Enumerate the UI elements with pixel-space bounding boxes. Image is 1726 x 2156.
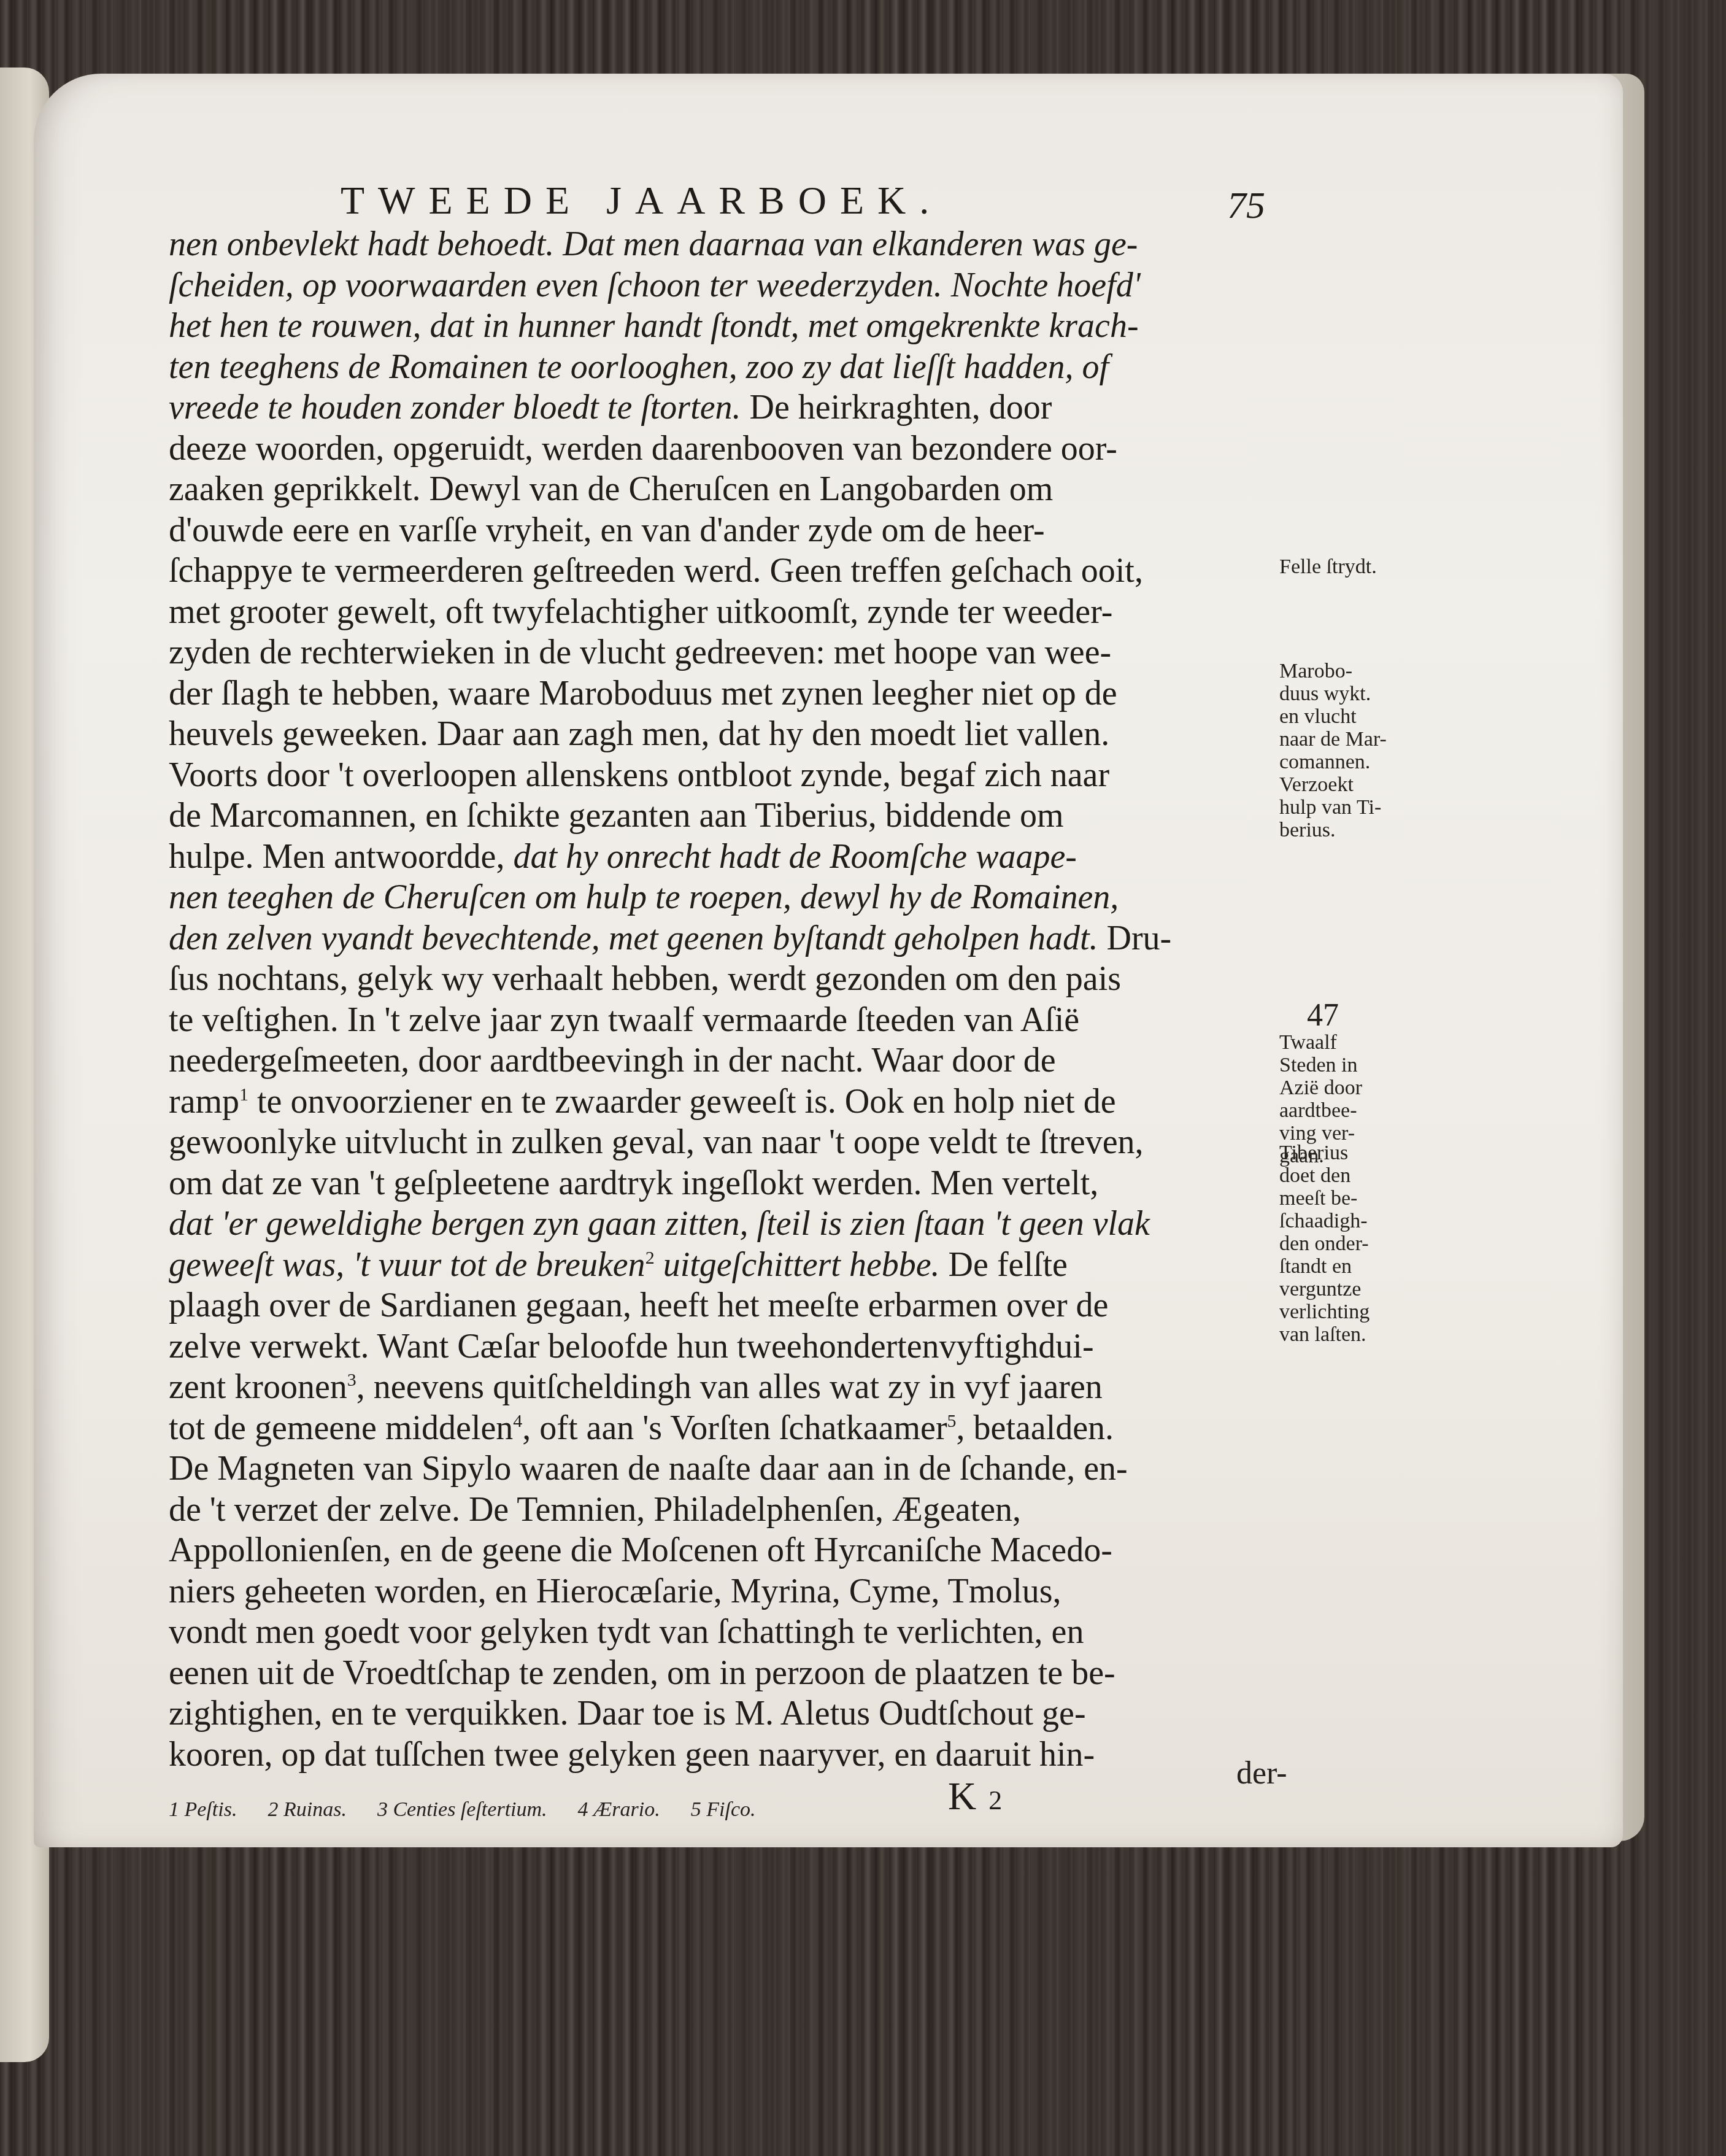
text-line: vreede te houden zonder bloedt te ſtorte… bbox=[169, 387, 1279, 428]
text-line: geweeſt was, 't vuur tot de breuken2 uit… bbox=[169, 1245, 1279, 1286]
text-line-content: kooren, op dat tuſſchen twee gelyken gee… bbox=[169, 1734, 1095, 1775]
text-line-content: De Magneten van Sipylo waaren de naaſte … bbox=[169, 1448, 1128, 1489]
text-run: ſchappye te vermeerderen geſtreeden werd… bbox=[169, 552, 1143, 590]
text-line: heuvels geweeken. Daar aan zagh men, dat… bbox=[169, 714, 1279, 755]
text-run: d'ouwde eere en varſſe vryheit, en van d… bbox=[169, 511, 1045, 549]
text-run: de 't verzet der zelve. De Temnien, Phil… bbox=[169, 1491, 1021, 1529]
margin-note: Felle ſtrydt. bbox=[1279, 555, 1427, 578]
text-line: niers geheeten worden, en Hierocæſarie, … bbox=[169, 1571, 1279, 1612]
text-run: nen teeghen de Cheruſcen om hulp te roep… bbox=[169, 878, 1119, 916]
margin-note-line: Marobo- bbox=[1279, 660, 1427, 682]
footnote: 3 Centies ſeſtertium. bbox=[377, 1798, 547, 1822]
text-line-content: met grooter gewelt, oft twyfelachtigher … bbox=[169, 592, 1112, 633]
text-line: deeze woorden, opgeruidt, werden daarenb… bbox=[169, 428, 1279, 469]
margin-note-line: Verzoekt bbox=[1279, 773, 1427, 796]
margin-note-line: meeſt be- bbox=[1279, 1187, 1427, 1210]
text-line: plaagh over de Sardianen gegaan, heeft h… bbox=[169, 1285, 1279, 1326]
text-run: om dat ze van 't geſpleetene aardtryk in… bbox=[169, 1164, 1098, 1202]
text-line: der ſlagh te hebben, waare Maroboduus me… bbox=[169, 673, 1279, 714]
text-line-content: zent kroonen3, neevens quitſcheldingh va… bbox=[169, 1367, 1103, 1408]
footnote: 1 Peſtis. bbox=[169, 1798, 237, 1822]
text-line-content: dat 'er geweldighe bergen zyn gaan zitte… bbox=[169, 1204, 1150, 1245]
text-line-content: der ſlagh te hebben, waare Maroboduus me… bbox=[169, 673, 1117, 714]
margin-note-line: verguntze bbox=[1279, 1278, 1427, 1300]
text-line-content: om dat ze van 't geſpleetene aardtryk in… bbox=[169, 1163, 1098, 1204]
running-head: TWEEDE JAARBOEK. bbox=[341, 178, 942, 223]
footnotes: 1 Peſtis.2 Ruinas.3 Centies ſeſtertium.4… bbox=[169, 1798, 755, 1822]
signature-letter: K bbox=[948, 1774, 976, 1818]
text-line-content: eenen uit de Vroedtſchap te zenden, om i… bbox=[169, 1653, 1115, 1694]
text-line: zyden de rechterwieken in de vlucht gedr… bbox=[169, 632, 1279, 673]
text-line: needergeſmeeten, door aardtbeevingh in d… bbox=[169, 1040, 1279, 1081]
text-run: ramp bbox=[169, 1083, 239, 1121]
footnote-ref: 3 bbox=[347, 1370, 356, 1390]
footnote-ref: 4 bbox=[513, 1411, 522, 1431]
text-line-content: gewoonlyke uitvlucht in zulken geval, va… bbox=[169, 1122, 1143, 1163]
margin-note-line: duus wykt. bbox=[1279, 682, 1427, 705]
text-run: De Magneten van Sipylo waaren de naaſte … bbox=[169, 1450, 1128, 1488]
text-line-content: plaagh over de Sardianen gegaan, heeft h… bbox=[169, 1285, 1108, 1326]
margin-note: Marobo-duus wykt.en vluchtnaar de Mar-co… bbox=[1279, 660, 1427, 841]
text-line-content: hulpe. Men antwoordde, dat hy onrecht ha… bbox=[169, 837, 1077, 878]
text-line-content: ramp1 te onvoorziener en te zwaarder gew… bbox=[169, 1081, 1116, 1122]
text-line: de 't verzet der zelve. De Temnien, Phil… bbox=[169, 1489, 1279, 1531]
text-line-content: ſus nochtans, gelyk wy verhaalt hebben, … bbox=[169, 959, 1121, 1000]
text-run: met grooter gewelt, oft twyfelachtigher … bbox=[169, 593, 1112, 631]
text-run: tot de gemeene middelen bbox=[169, 1409, 513, 1447]
footnote-ref: 5 bbox=[947, 1411, 957, 1431]
text-line-content: Appollonienſen, en de geene die Moſcenen… bbox=[169, 1530, 1112, 1571]
text-line: de Marcomannen, en ſchikte gezanten aan … bbox=[169, 795, 1279, 837]
text-line-content: de 't verzet der zelve. De Temnien, Phil… bbox=[169, 1489, 1021, 1531]
text-line-content: te veſtighen. In 't zelve jaar zyn twaal… bbox=[169, 1000, 1079, 1041]
text-run: vondt men goedt voor gelyken tydt van ſc… bbox=[169, 1613, 1084, 1651]
text-line: vondt men goedt voor gelyken tydt van ſc… bbox=[169, 1612, 1279, 1653]
footnote-ref: 1 bbox=[239, 1084, 248, 1105]
text-line-content: Voorts door 't overloopen allenskens ont… bbox=[169, 755, 1109, 796]
text-line: eenen uit de Vroedtſchap te zenden, om i… bbox=[169, 1653, 1279, 1694]
text-line: d'ouwde eere en varſſe vryheit, en van d… bbox=[169, 510, 1279, 551]
text-line: nen teeghen de Cheruſcen om hulp te roep… bbox=[169, 877, 1279, 918]
text-line-content: nen teeghen de Cheruſcen om hulp te roep… bbox=[169, 877, 1119, 918]
text-run: De heirkraghten, door bbox=[741, 388, 1052, 427]
margin-note-line: Azië door bbox=[1279, 1076, 1427, 1099]
text-line-content: zaaken geprikkelt. Dewyl van de Cheruſce… bbox=[169, 469, 1053, 510]
text-run: der ſlagh te hebben, waare Maroboduus me… bbox=[169, 674, 1117, 713]
margin-year: 47 bbox=[1307, 997, 1339, 1034]
text-run: zelve verwekt. Want Cæſar beloofde hun t… bbox=[169, 1327, 1094, 1366]
text-run: niers geheeten worden, en Hierocæſarie, … bbox=[169, 1572, 1061, 1610]
text-run: dat hy onrecht hadt de Roomſche waape- bbox=[513, 838, 1077, 876]
margin-note-line: hulp van Ti- bbox=[1279, 796, 1427, 819]
text-line: om dat ze van 't geſpleetene aardtryk in… bbox=[169, 1163, 1279, 1204]
text-line: het hen te rouwen, dat in hunner handt ſ… bbox=[169, 306, 1279, 347]
text-run: ſus nochtans, gelyk wy verhaalt hebben, … bbox=[169, 960, 1121, 998]
text-line-content: needergeſmeeten, door aardtbeevingh in d… bbox=[169, 1040, 1056, 1081]
text-line-content: d'ouwde eere en varſſe vryheit, en van d… bbox=[169, 510, 1045, 551]
text-line: dat 'er geweldighe bergen zyn gaan zitte… bbox=[169, 1204, 1279, 1245]
body-text: nen onbevlekt hadt behoedt. Dat men daar… bbox=[169, 224, 1279, 1775]
margin-note-line: en vlucht bbox=[1279, 705, 1427, 728]
margin-note-line: comannen. bbox=[1279, 751, 1427, 773]
text-run: te veſtighen. In 't zelve jaar zyn twaal… bbox=[169, 1001, 1079, 1039]
text-line-content: geweeſt was, 't vuur tot de breuken2 uit… bbox=[169, 1245, 1068, 1286]
text-run: deeze woorden, opgeruidt, werden daarenb… bbox=[169, 430, 1117, 468]
text-line: met grooter gewelt, oft twyfelachtigher … bbox=[169, 592, 1279, 633]
text-line: ramp1 te onvoorziener en te zwaarder gew… bbox=[169, 1081, 1279, 1122]
margin-note-line: berius. bbox=[1279, 819, 1427, 841]
text-run: , neevens quitſcheldingh van alles wat z… bbox=[356, 1368, 1103, 1406]
text-line: ſcheiden, op voorwaarden even ſchoon ter… bbox=[169, 265, 1279, 306]
text-run: De felſte bbox=[940, 1246, 1068, 1284]
text-line-content: nen onbevlekt hadt behoedt. Dat men daar… bbox=[169, 224, 1138, 265]
text-line: hulpe. Men antwoordde, dat hy onrecht ha… bbox=[169, 837, 1279, 878]
text-line: zent kroonen3, neevens quitſcheldingh va… bbox=[169, 1367, 1279, 1408]
text-line: tot de gemeene middelen4, oft aan 's Vor… bbox=[169, 1408, 1279, 1449]
margin-note-line: aardtbee- bbox=[1279, 1099, 1427, 1122]
text-run: heuvels geweeken. Daar aan zagh men, dat… bbox=[169, 715, 1109, 753]
text-line: te veſtighen. In 't zelve jaar zyn twaal… bbox=[169, 1000, 1279, 1041]
text-run: den zelven vyandt bevechtende, met geene… bbox=[169, 919, 1098, 957]
text-run: needergeſmeeten, door aardtbeevingh in d… bbox=[169, 1041, 1056, 1080]
text-line: Voorts door 't overloopen allenskens ont… bbox=[169, 755, 1279, 796]
page-number: 75 bbox=[1227, 184, 1265, 228]
text-run: ſcheiden, op voorwaarden even ſchoon ter… bbox=[169, 266, 1141, 304]
text-line: den zelven vyandt bevechtende, met geene… bbox=[169, 918, 1279, 959]
margin-note-line: naar de Mar- bbox=[1279, 728, 1427, 751]
text-run: zent kroonen bbox=[169, 1368, 347, 1406]
text-run: vreede te houden zonder bloedt te ſtorte… bbox=[169, 388, 741, 427]
text-line-content: ſchappye te vermeerderen geſtreeden werd… bbox=[169, 551, 1143, 592]
text-line: ſus nochtans, gelyk wy verhaalt hebben, … bbox=[169, 959, 1279, 1000]
text-run: Appollonienſen, en de geene die Moſcenen… bbox=[169, 1531, 1112, 1569]
text-line-content: ſcheiden, op voorwaarden even ſchoon ter… bbox=[169, 265, 1141, 306]
text-line: zightighen, en te verquikken. Daar toe i… bbox=[169, 1693, 1279, 1734]
text-line-content: ten teeghens de Romainen te oorlooghen, … bbox=[169, 347, 1109, 388]
text-run: geweeſt was, 't vuur tot de breuken bbox=[169, 1246, 645, 1284]
text-line-content: den zelven vyandt bevechtende, met geene… bbox=[169, 918, 1171, 959]
margin-note: Tiberiusdoet denmeeſt be-ſchaadigh-den o… bbox=[1279, 1142, 1427, 1346]
text-run: de Marcomannen, en ſchikte gezanten aan … bbox=[169, 797, 1064, 835]
margin-note-line: doet den bbox=[1279, 1164, 1427, 1187]
text-line: ſchappye te vermeerderen geſtreeden werd… bbox=[169, 551, 1279, 592]
text-run: eenen uit de Vroedtſchap te zenden, om i… bbox=[169, 1654, 1115, 1692]
margin-note-line: verlichting bbox=[1279, 1300, 1427, 1323]
text-run: , oft aan 's Vorſten ſchatkaamer bbox=[522, 1409, 947, 1447]
text-line-content: niers geheeten worden, en Hierocæſarie, … bbox=[169, 1571, 1061, 1612]
text-run: , betaalden. bbox=[957, 1409, 1114, 1447]
text-line-content: vondt men goedt voor gelyken tydt van ſc… bbox=[169, 1612, 1084, 1653]
text-line-content: zyden de rechterwieken in de vlucht gedr… bbox=[169, 632, 1111, 673]
footnote: 5 Fiſco. bbox=[691, 1798, 756, 1822]
signature-number: 2 bbox=[988, 1785, 1002, 1815]
text-line-content: heuvels geweeken. Daar aan zagh men, dat… bbox=[169, 714, 1109, 755]
text-run: Dru- bbox=[1098, 919, 1172, 957]
text-run: plaagh over de Sardianen gegaan, heeft h… bbox=[169, 1286, 1108, 1324]
text-line-content: zightighen, en te verquikken. Daar toe i… bbox=[169, 1693, 1086, 1734]
text-run: kooren, op dat tuſſchen twee gelyken gee… bbox=[169, 1736, 1095, 1774]
text-line-content: het hen te rouwen, dat in hunner handt ſ… bbox=[169, 306, 1139, 347]
text-line-content: de Marcomannen, en ſchikte gezanten aan … bbox=[169, 795, 1064, 837]
text-line: zelve verwekt. Want Cæſar beloofde hun t… bbox=[169, 1326, 1279, 1367]
text-run: gewoonlyke uitvlucht in zulken geval, va… bbox=[169, 1123, 1143, 1161]
text-line: kooren, op dat tuſſchen twee gelyken gee… bbox=[169, 1734, 1279, 1775]
text-line: nen onbevlekt hadt behoedt. Dat men daar… bbox=[169, 224, 1279, 265]
footnote: 4 Ærario. bbox=[578, 1798, 660, 1822]
text-run: te onvoorziener en te zwaarder geweeſt i… bbox=[248, 1083, 1115, 1121]
text-run: nen onbevlekt hadt behoedt. Dat men daar… bbox=[169, 225, 1138, 263]
margin-note-line: den onder- bbox=[1279, 1232, 1427, 1255]
margin-note-line: ſchaadigh- bbox=[1279, 1210, 1427, 1232]
margin-note-line: Steden in bbox=[1279, 1054, 1427, 1076]
text-run: zaaken geprikkelt. Dewyl van de Cheruſce… bbox=[169, 470, 1053, 508]
text-line-content: zelve verwekt. Want Cæſar beloofde hun t… bbox=[169, 1326, 1094, 1367]
text-run: zightighen, en te verquikken. Daar toe i… bbox=[169, 1694, 1086, 1733]
catchword: der- bbox=[1236, 1755, 1287, 1791]
text-run: dat 'er geweldighe bergen zyn gaan zitte… bbox=[169, 1205, 1150, 1243]
margin-note-line: van laſten. bbox=[1279, 1323, 1427, 1346]
text-run: hulpe. Men antwoordde, bbox=[169, 838, 513, 876]
margin-note-line: Twaalf bbox=[1279, 1031, 1427, 1054]
text-line: Appollonienſen, en de geene die Moſcenen… bbox=[169, 1530, 1279, 1571]
text-run: ten teeghens de Romainen te oorlooghen, … bbox=[169, 348, 1109, 386]
text-line-content: deeze woorden, opgeruidt, werden daarenb… bbox=[169, 428, 1117, 469]
margin-note-line: Tiberius bbox=[1279, 1142, 1427, 1164]
text-line-content: tot de gemeene middelen4, oft aan 's Vor… bbox=[169, 1408, 1114, 1449]
text-run: het hen te rouwen, dat in hunner handt ſ… bbox=[169, 307, 1139, 345]
text-run: uitgeſchittert hebbe. bbox=[655, 1246, 940, 1284]
text-run: zyden de rechterwieken in de vlucht gedr… bbox=[169, 633, 1111, 671]
text-line: gewoonlyke uitvlucht in zulken geval, va… bbox=[169, 1122, 1279, 1163]
footnote-ref: 2 bbox=[645, 1248, 655, 1268]
footnote: 2 Ruinas. bbox=[268, 1798, 346, 1822]
signature-mark: K2 bbox=[948, 1774, 1002, 1819]
text-line-content: vreede te houden zonder bloedt te ſtorte… bbox=[169, 387, 1052, 428]
text-line: De Magneten van Sipylo waaren de naaſte … bbox=[169, 1448, 1279, 1489]
text-line: ten teeghens de Romainen te oorlooghen, … bbox=[169, 347, 1279, 388]
margin-note-line: Felle ſtrydt. bbox=[1279, 555, 1427, 578]
text-run: Voorts door 't overloopen allenskens ont… bbox=[169, 756, 1109, 794]
margin-note-line: ſtandt en bbox=[1279, 1255, 1427, 1278]
text-line: zaaken geprikkelt. Dewyl van de Cheruſce… bbox=[169, 469, 1279, 510]
